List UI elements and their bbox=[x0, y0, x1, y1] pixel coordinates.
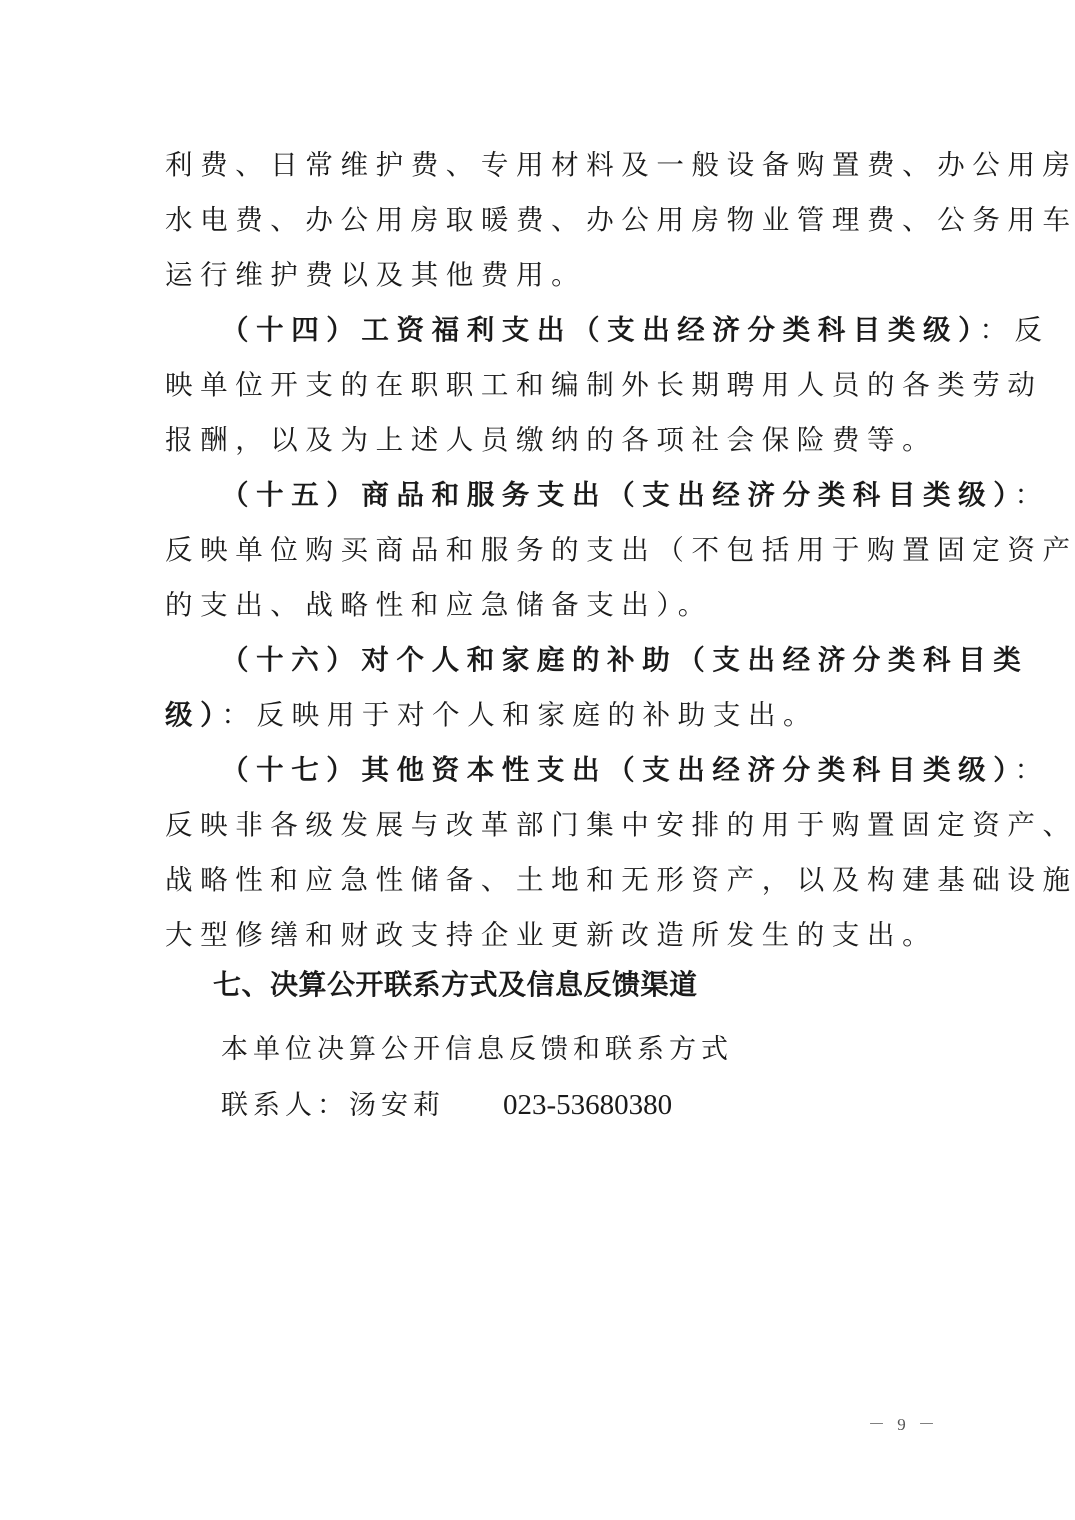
item-17-title: （十七）其他资本性支出（支出经济分类科目类级） bbox=[221, 754, 1015, 786]
item-17-colon: ： bbox=[1015, 754, 1050, 786]
paragraph-line: 反映非各级发展与改革部门集中安排的用于购置固定资产、 bbox=[165, 805, 915, 845]
paragraph-line: 反映单位购买商品和服务的支出（不包括用于购置固定资产 bbox=[165, 530, 915, 570]
item-14-heading-line: （十四）工资福利支出（支出经济分类科目类级）：反 bbox=[221, 310, 915, 350]
contact-intro: 本单位决算公开信息反馈和联系方式 bbox=[221, 1030, 733, 1070]
contact-person: 联系人：汤安莉 bbox=[221, 1090, 445, 1121]
item-16-line: 级）：反映用于对个人和家庭的补助支出。 bbox=[165, 695, 915, 735]
paragraph-line: 水电费、办公用房取暖费、办公用房物业管理费、公务用车 bbox=[165, 200, 915, 240]
contact-line: 联系人：汤安莉023-53680380 bbox=[221, 1085, 672, 1126]
item-15-heading-line: （十五）商品和服务支出（支出经济分类科目类级）： bbox=[221, 475, 915, 515]
paragraph-line: 运行维护费以及其他费用。 bbox=[165, 255, 915, 295]
paragraph-line: 战略性和应急性储备、土地和无形资产，以及构建基础设施、 bbox=[165, 860, 915, 900]
item-15-colon: ： bbox=[1015, 479, 1050, 511]
item-14-title: （十四）工资福利支出（支出经济分类科目类级） bbox=[221, 314, 979, 346]
paragraph-line: 利费、日常维护费、专用材料及一般设备购置费、办公用房 bbox=[165, 145, 915, 185]
page-number: － 9 － bbox=[868, 1410, 939, 1435]
paragraph-line: 的支出、战略性和应急储备支出）。 bbox=[165, 585, 915, 625]
contact-phone: 023-53680380 bbox=[503, 1089, 672, 1121]
paragraph-line: 映单位开支的在职职工和编制外长期聘用人员的各类劳动 bbox=[165, 365, 915, 405]
paragraph-line: 大型修缮和财政支持企业更新改造所发生的支出。 bbox=[165, 915, 915, 955]
item-16-title-tail: 级） bbox=[165, 699, 221, 731]
document-page: 利费、日常维护费、专用材料及一般设备购置费、办公用房 水电费、办公用房取暖费、办… bbox=[0, 0, 1075, 1520]
item-15-title: （十五）商品和服务支出（支出经济分类科目类级） bbox=[221, 479, 1015, 511]
item-17-heading-line: （十七）其他资本性支出（支出经济分类科目类级）： bbox=[221, 750, 915, 790]
item-14-colon: ：反 bbox=[979, 314, 1049, 346]
section-heading: 七、决算公开联系方式及信息反馈渠道 bbox=[213, 965, 698, 1005]
paragraph-line: 报酬，以及为上述人员缴纳的各项社会保险费等。 bbox=[165, 420, 915, 460]
item-16-desc: ：反映用于对个人和家庭的补助支出。 bbox=[221, 699, 818, 731]
item-16-title: （十六）对个人和家庭的补助（支出经济分类科目类 bbox=[221, 640, 915, 680]
